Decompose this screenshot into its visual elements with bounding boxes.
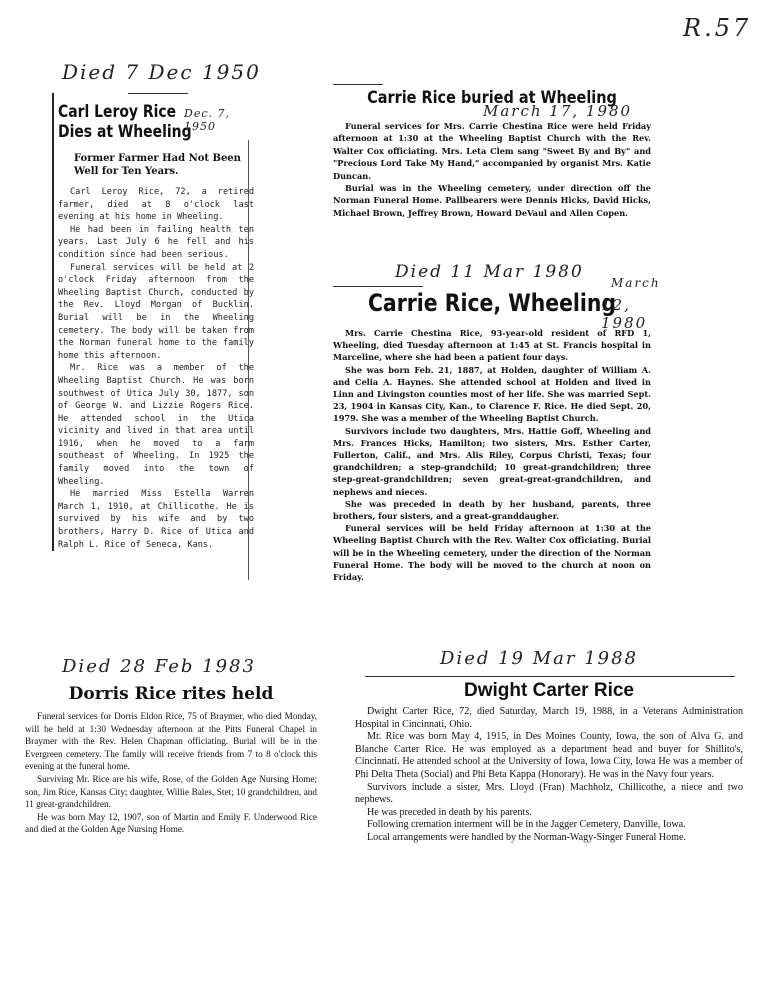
handwritten-date: Died 11 Mar 1980	[395, 262, 584, 282]
article-body: Funeral services for Mrs. Carrie Chestin…	[333, 120, 651, 219]
obituary-clipping-dwight-carter-rice: Dwight Carter Rice Dwight Carter Rice, 7…	[355, 676, 743, 845]
paragraph: Carl Leroy Rice, 72, a retired farmer, d…	[58, 186, 254, 224]
paragraph: Funeral services for Mrs. Carrie Chestin…	[333, 120, 651, 182]
paragraph: Mr. Rice was born May 4, 1915, in Des Mo…	[355, 731, 743, 781]
handwritten-date: Died 19 Mar 1988	[440, 648, 638, 669]
paragraph: She was preceded in death by her husband…	[333, 498, 651, 522]
paragraph: He was preceded in death by his parents.	[355, 807, 743, 820]
handwritten-date: Died 28 Feb 1983	[62, 656, 256, 677]
divider	[333, 84, 383, 85]
paragraph: Survivors include two daughters, Mrs. Ha…	[333, 425, 651, 498]
obituary-clipping-carrie-rice-burial: Carrie Rice buried at Wheeling March 17,…	[333, 84, 651, 219]
margin-annotation: 12, 1980	[601, 296, 651, 332]
paragraph: Surviving Mr. Rice are his wife, Rose, o…	[25, 773, 317, 811]
obituary-clipping-carl-leroy-rice: Carl Leroy Rice Dies at Wheeling Dec. 7,…	[52, 93, 254, 551]
paragraph: Funeral services will be held Friday aft…	[333, 522, 651, 583]
paragraph: Funeral services for Dorris Eldon Rice, …	[25, 710, 317, 773]
margin-annotation: March	[611, 276, 661, 290]
headline: Dwight Carter Rice	[355, 680, 743, 702]
paragraph: Burial was in the Wheeling cemetery, und…	[333, 182, 651, 219]
paragraph: Mrs. Carrie Chestina Rice, 93-year-old r…	[333, 327, 651, 364]
headline: Dorris Rice rites held	[25, 684, 317, 704]
paragraph: Local arrangements were handled by the N…	[355, 832, 743, 845]
margin-annotation: March 17, 1980	[483, 102, 632, 120]
paragraph: Funeral services will be held at 2 o'clo…	[58, 262, 254, 363]
divider	[365, 676, 735, 677]
obituary-clipping-dorris-rice: Dorris Rice rites held Funeral services …	[25, 684, 317, 836]
paragraph: She was born Feb. 21, 1887, at Holden, d…	[333, 364, 651, 425]
divider	[128, 93, 188, 94]
article-body: Funeral services for Dorris Eldon Rice, …	[25, 710, 317, 836]
page-number: R.57	[683, 14, 751, 42]
subheadline: Former Farmer Had Not Been Well for Ten …	[74, 152, 254, 178]
article-body: Carl Leroy Rice, 72, a retired farmer, d…	[58, 186, 254, 551]
paragraph: Mr. Rice was a member of the Wheeling Ba…	[58, 362, 254, 488]
handwritten-date: Died 7 Dec 1950	[62, 60, 261, 84]
paragraph: He had been in failing health ten years.…	[58, 224, 254, 262]
obituary-clipping-carrie-rice: Carrie Rice, Wheeling March 12, 1980 Mrs…	[333, 286, 651, 583]
paragraph: He was born May 12, 1907, son of Martin …	[25, 811, 317, 836]
margin-annotation: Dec. 7, 1950	[184, 107, 254, 133]
paragraph: He married Miss Estella Warren March 1, …	[58, 488, 254, 551]
divider	[333, 286, 423, 287]
article-body: Dwight Carter Rice, 72, died Saturday, M…	[355, 706, 743, 845]
paragraph: Survivors include a sister, Mrs. Lloyd (…	[355, 782, 743, 807]
paragraph: Following cremation interment will be in…	[355, 819, 743, 832]
article-body: Mrs. Carrie Chestina Rice, 93-year-old r…	[333, 327, 651, 583]
paragraph: Dwight Carter Rice, 72, died Saturday, M…	[355, 706, 743, 731]
headline: Carrie Rice, Wheeling	[357, 289, 627, 317]
